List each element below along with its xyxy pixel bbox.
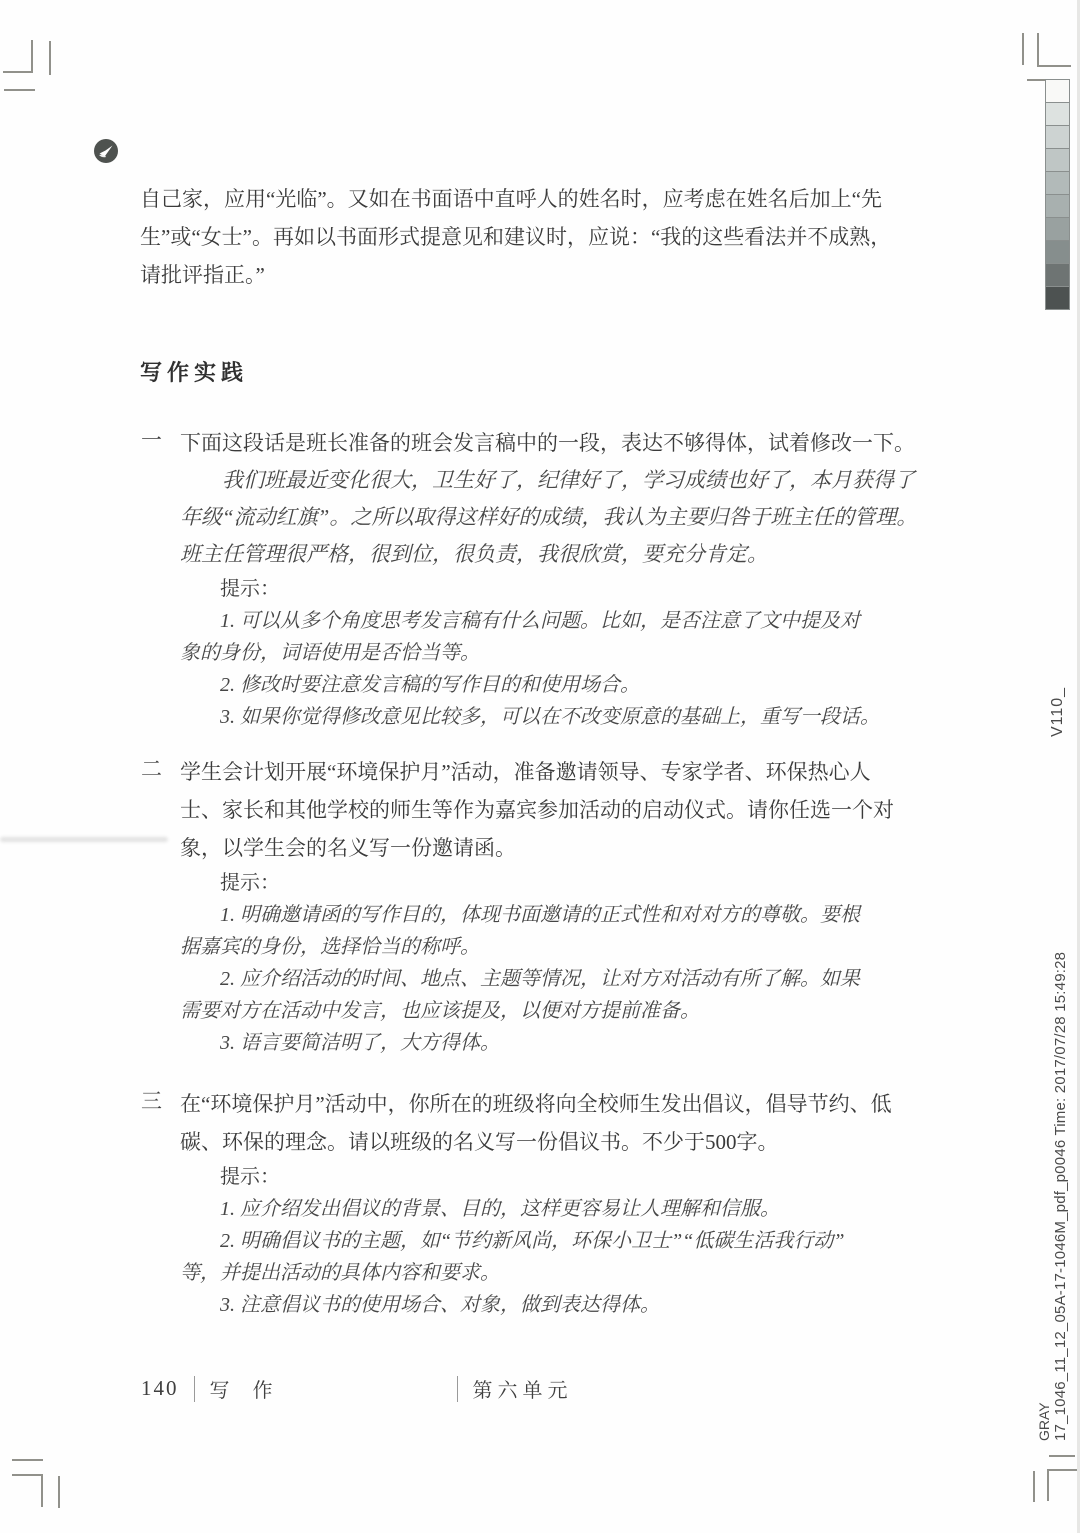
grayscale-step [1046, 80, 1069, 103]
crop-mark-bottom-left [58, 1476, 60, 1508]
section-2-hint-2: 2. 应介绍活动的时间、地点、主题等情况，让对方对活动有所了解。如果 需要对方在… [180, 963, 948, 1027]
crop-mark-top-left [3, 71, 32, 73]
section-2-hint-label: 提示： [180, 867, 948, 899]
section-2-hint-1: 1. 明确邀请函的写作目的，体现书面邀请的正式性和对对方的尊敬。要根 据嘉宾的身… [180, 899, 948, 963]
section-3: 在“环境保护月”活动中，你所在的班级将向全校师生发出倡议，倡导节约、低 碳、环保… [180, 1085, 948, 1321]
section-3-hint-3: 3. 注意倡议书的使用场合、对象，做到表达得体。 [180, 1289, 948, 1321]
crop-mark-bottom-right [1049, 1455, 1075, 1457]
grayscale-step [1046, 149, 1069, 172]
section-2-prompt: 学生会计划开展“环境保护月”活动，准备邀请领导、专家学者、环保热心人 士、家长和… [180, 753, 948, 867]
intro-paragraph: 自己家，应用“光临”。又如在书面语中直呼人的姓名时，应考虑在姓名后加上“先 生”… [140, 180, 945, 294]
scan-smudge [0, 837, 168, 842]
section-1-prompt: 下面这段话是班长准备的班会发言稿中的一段，表达不够得体，试着修改一下。 [180, 424, 948, 462]
grayscale-step [1046, 287, 1069, 309]
grayscale-step [1046, 218, 1069, 241]
section-1-hint-2: 2. 修改时要注意发言稿的写作目的和使用场合。 [180, 669, 948, 701]
section-1-hint-3: 3. 如果你觉得修改意见比较多，可以在不改变原意的基础上，重写一段话。 [180, 701, 948, 733]
footer-section-label: 写 作 [210, 1374, 282, 1403]
margin-scan-id: 17_1046_11_12_05A-17-1046M_pdf_p0046 Tim… [1052, 952, 1069, 1441]
page-heading: 写作实践 [140, 356, 248, 387]
crop-mark-top-right [1037, 33, 1039, 67]
footer-divider [194, 1376, 195, 1402]
grayscale-calibration-bar [1045, 79, 1070, 310]
grayscale-step [1046, 172, 1069, 195]
page-number: 140 [141, 1376, 179, 1401]
grayscale-step [1046, 126, 1069, 149]
section-1-passage: 我们班最近变化很大，卫生好了，纪律好了，学习成绩也好了，本月获得了 年级“流动红… [180, 462, 948, 573]
grayscale-tick-mark [1027, 79, 1046, 81]
section-1-hint-1: 1. 可以从多个角度思考发言稿有什么问题。比如，是否注意了文中提及对 象的身份，… [180, 605, 948, 669]
crop-mark-top-left [49, 41, 51, 75]
crop-mark-bottom-left [12, 1459, 43, 1461]
section-2: 学生会计划开展“环境保护月”活动，准备邀请领导、专家学者、环保热心人 士、家长和… [180, 753, 948, 1059]
section-3-prompt: 在“环境保护月”活动中，你所在的班级将向全校师生发出倡议，倡导节约、低 碳、环保… [180, 1085, 948, 1161]
section-2-hint-3: 3. 语言要简洁明了，大方得体。 [180, 1027, 948, 1059]
grayscale-step [1046, 264, 1069, 287]
crop-mark-top-right [1037, 65, 1071, 67]
footer-unit-label: 第六单元 [473, 1374, 573, 1403]
crop-mark-bottom-left [41, 1474, 43, 1507]
crop-mark-bottom-right [1047, 1469, 1049, 1501]
grayscale-step [1046, 103, 1069, 126]
footer-divider [457, 1376, 458, 1402]
scanned-textbook-page: V110_ 17_1046_11_12_05A-17-1046M_pdf_p00… [0, 0, 1080, 1533]
page-footer: 140 写 作 第六单元 [141, 1374, 573, 1403]
section-3-hint-2: 2. 明确倡议书的主题，如“节约新风尚，环保小卫士”“低碳生活我行动” 等，并提… [180, 1225, 948, 1289]
publisher-logo-icon [93, 138, 119, 164]
margin-version-code: V110_ [1049, 687, 1067, 737]
grayscale-step [1046, 241, 1069, 264]
section-1-hint-label: 提示： [180, 573, 948, 605]
margin-gray-label: GRAY [1036, 1402, 1052, 1441]
crop-mark-top-right [1022, 33, 1024, 65]
crop-mark-bottom-left [12, 1474, 42, 1476]
crop-mark-top-left [4, 89, 35, 91]
crop-mark-top-left [31, 40, 33, 73]
section-2-number: 二 [141, 753, 177, 783]
section-3-number: 三 [141, 1085, 177, 1115]
section-1-number: 一 [141, 424, 177, 454]
crop-mark-bottom-right [1047, 1469, 1077, 1471]
section-3-hint-label: 提示： [180, 1161, 948, 1193]
grayscale-step [1046, 195, 1069, 218]
section-1: 下面这段话是班长准备的班会发言稿中的一段，表达不够得体，试着修改一下。 我们班最… [180, 424, 948, 733]
section-3-hint-1: 1. 应介绍发出倡议的背景、目的，这样更容易让人理解和信服。 [180, 1193, 948, 1225]
crop-mark-bottom-right [1033, 1471, 1035, 1502]
